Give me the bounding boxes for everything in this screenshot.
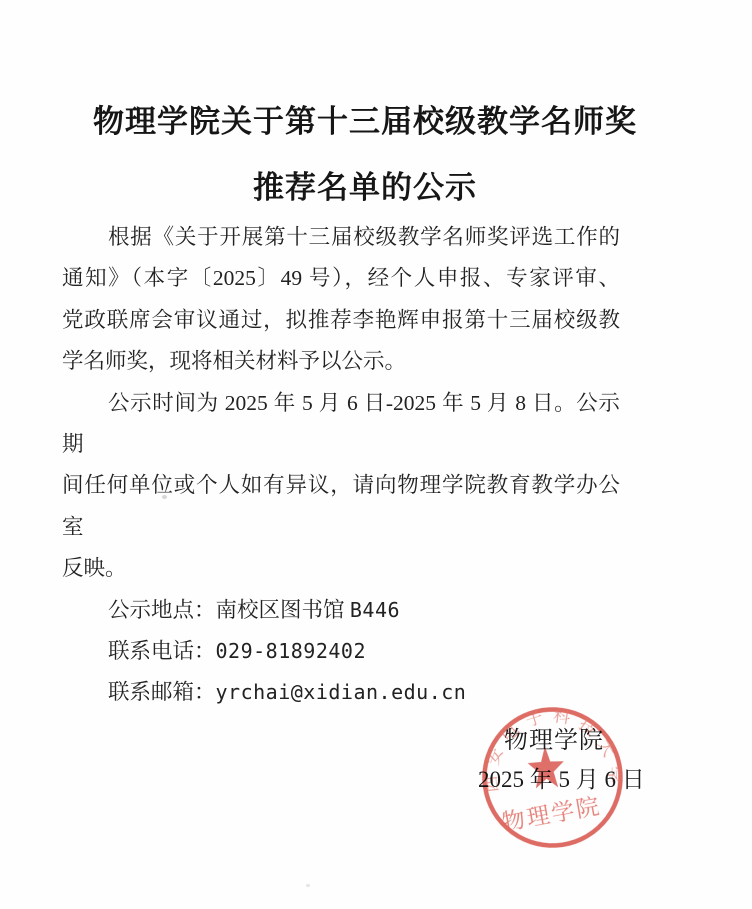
- document-title-line2: 推荐名单的公示: [0, 162, 730, 207]
- body-line: 联系电话：029-81892402: [62, 631, 620, 672]
- signature-date: 2025 年 5 月 6 日: [478, 761, 658, 794]
- latin-text: 029-81892402: [216, 639, 367, 663]
- document-body: 根据《关于开展第十三届校级教学名师奖评选工作的通知》（本字〔2025〕49 号）…: [62, 217, 620, 714]
- body-line: 党政联席会审议通过，拟推荐李艳辉申报第十三届校级教: [62, 300, 620, 341]
- latin-text: 5: [302, 391, 313, 415]
- latin-text: 8: [515, 391, 526, 415]
- body-line: 学名师奖，现将相关材料予以公示。: [62, 341, 620, 382]
- body-line: 公示地点：南校区图书馆 B446: [62, 590, 620, 631]
- signature-organization: 物理学院: [504, 720, 614, 755]
- body-line: 公示时间为 2025 年 5 月 6 日-2025 年 5 月 8 日。公示期: [62, 383, 620, 466]
- scan-speck: [306, 884, 310, 887]
- latin-text: B446: [350, 598, 400, 622]
- document-page: 物理学院关于第十三届校级教学名师奖 推荐名单的公示 根据《关于开展第十三届校级教…: [0, 0, 752, 909]
- body-line: 间任何单位或个人如有异议，请向物理学院教育教学办公室: [62, 465, 620, 548]
- latin-text: 6: [347, 391, 358, 415]
- body-line: 通知》（本字〔2025〕49 号），经个人申报、专家评审、: [62, 258, 620, 299]
- document-title-line1: 物理学院关于第十三届校级教学名师奖: [0, 96, 730, 141]
- latin-text: 5: [470, 391, 481, 415]
- scan-speck: [162, 495, 167, 499]
- seal-bottom-text: 物理学院: [500, 793, 603, 835]
- latin-text: 2025: [213, 266, 256, 290]
- latin-text: 2025: [225, 391, 268, 415]
- latin-text: -2025: [386, 391, 436, 415]
- latin-text: yrchai@xidian.edu.cn: [216, 680, 467, 704]
- body-line: 根据《关于开展第十三届校级教学名师奖评选工作的: [62, 217, 620, 258]
- body-line: 反映。: [62, 548, 620, 589]
- latin-text: 49: [281, 266, 303, 290]
